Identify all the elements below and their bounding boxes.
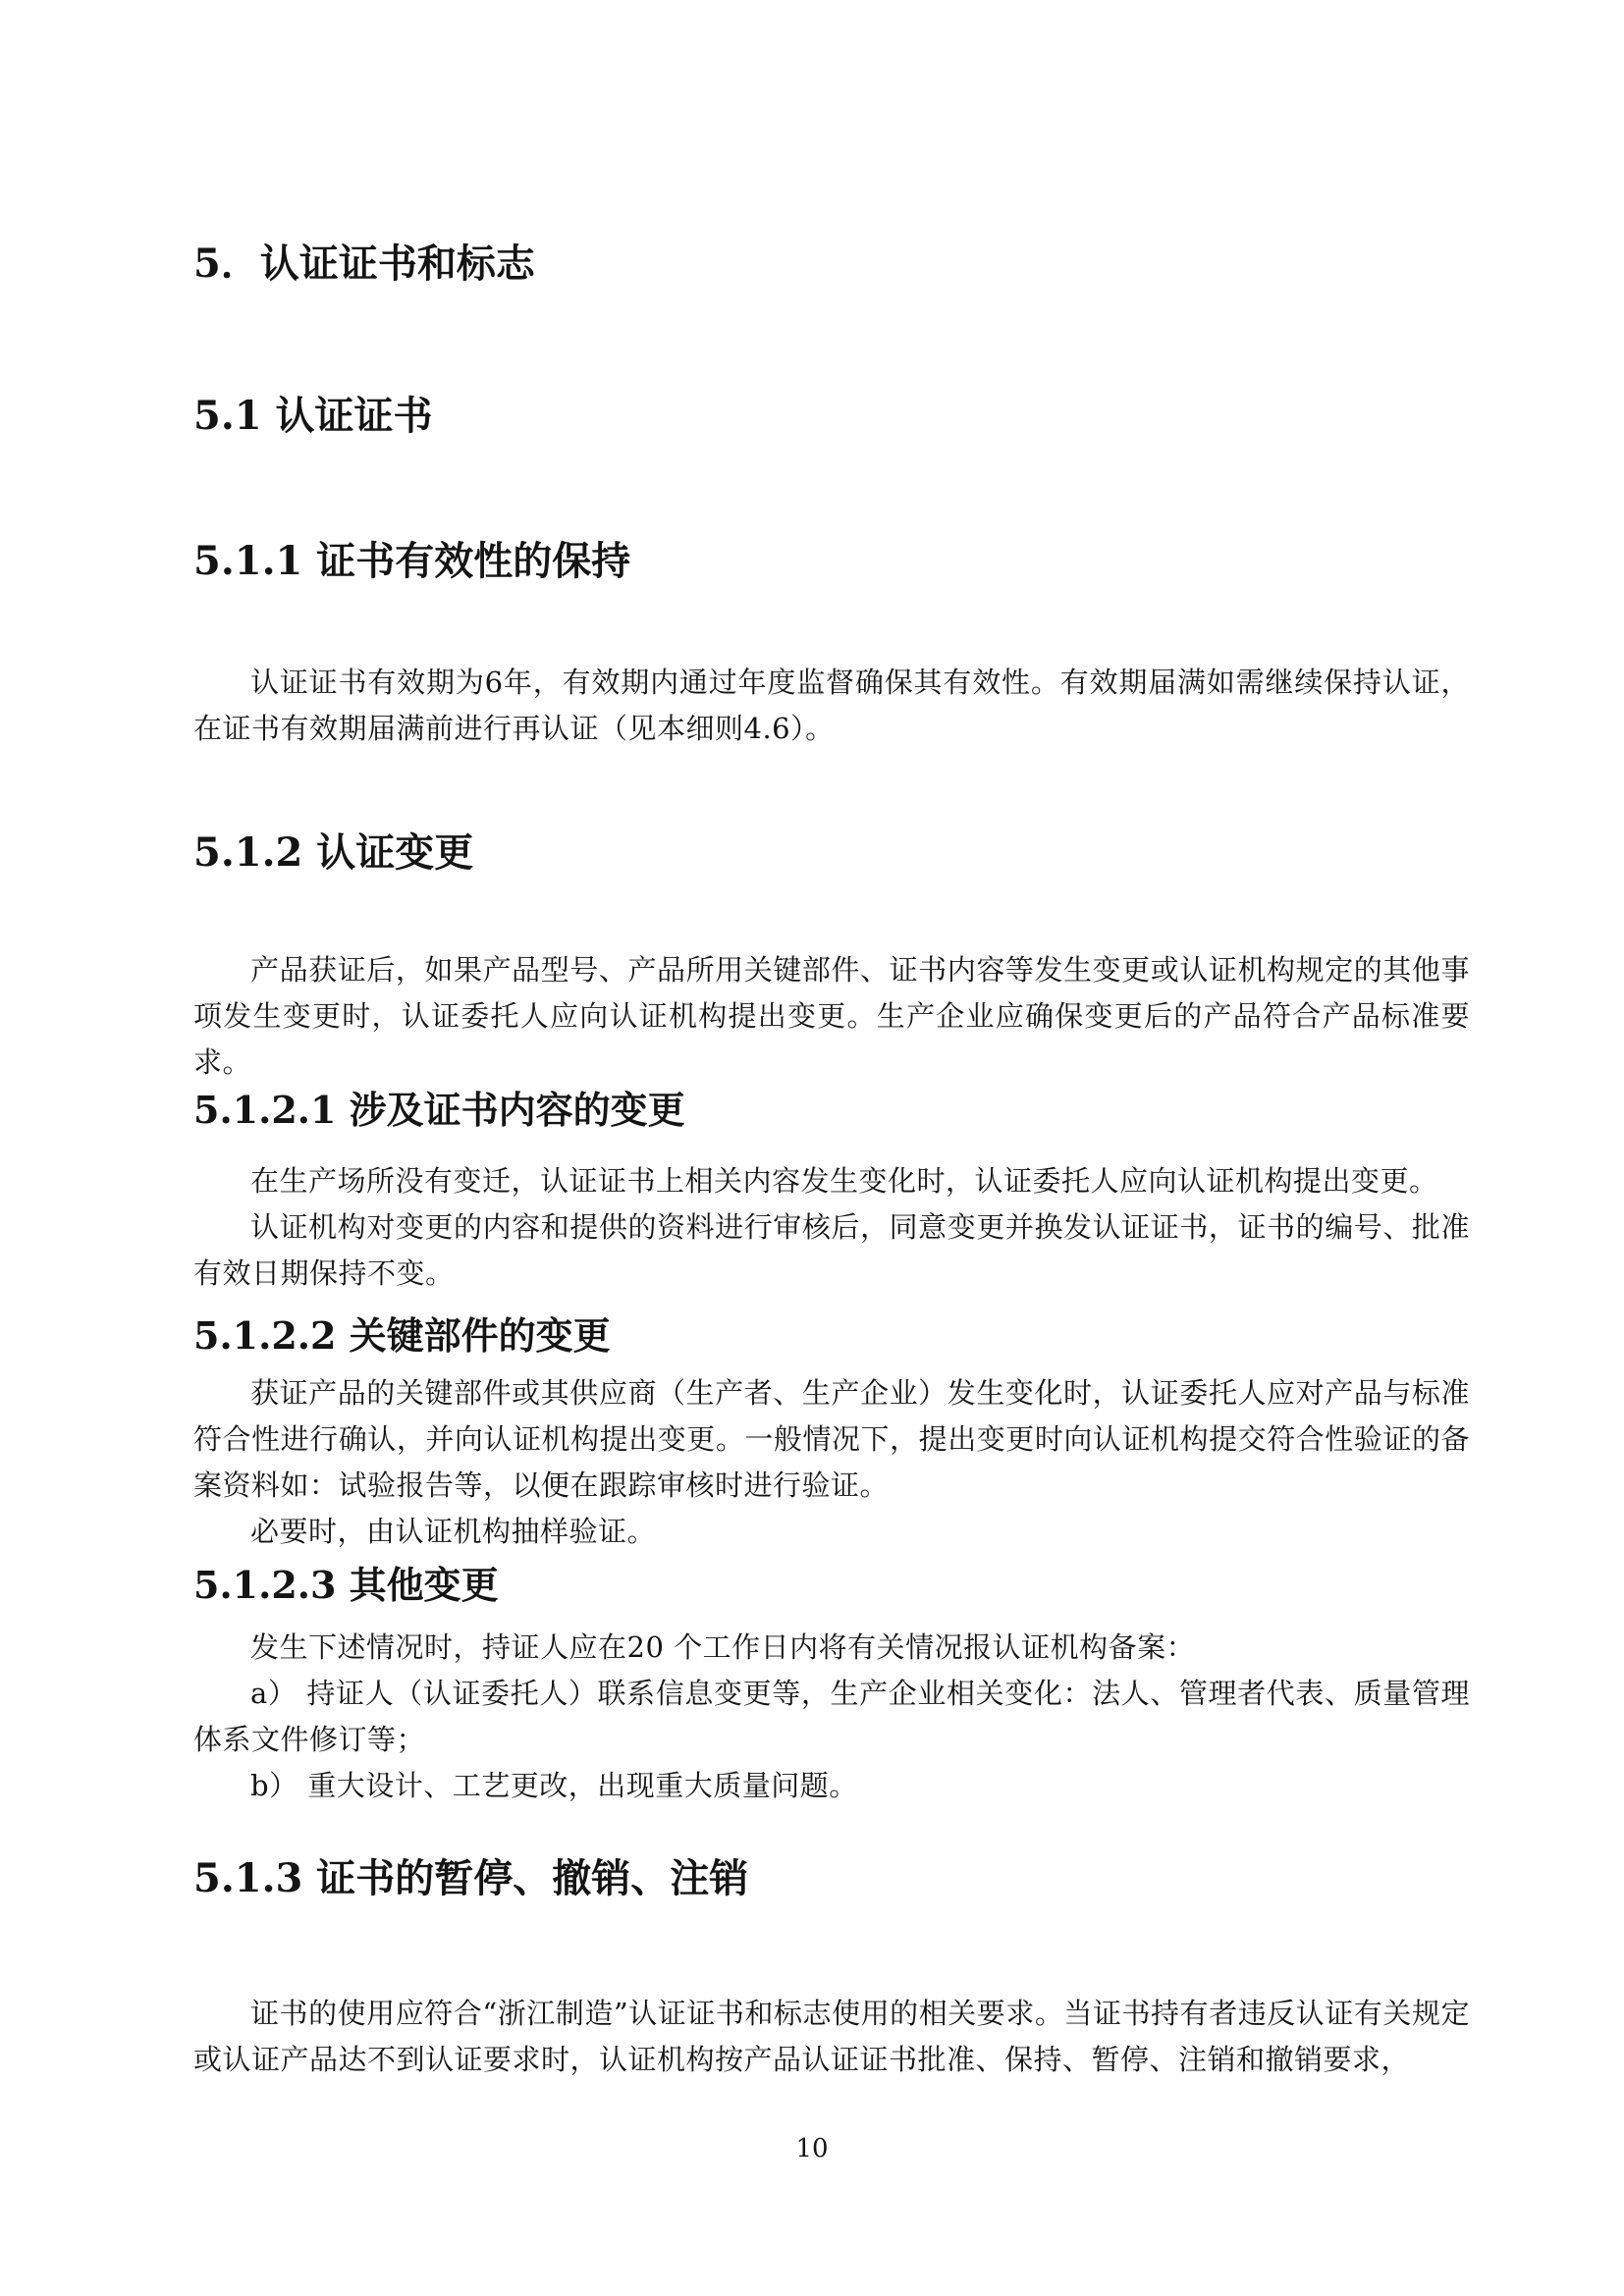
paragraph-certificate-content-change-1: 在生产场所没有变迁，认证证书上相关内容发生变化时，认证委托人应向认证机构提出变更… <box>193 1158 1470 1204</box>
heading-section-5-1-3: 5.1.3 证书的暂停、撤销、注销 <box>193 1855 1470 1902</box>
heading-section-5-1: 5.1 认证证书 <box>193 393 1470 440</box>
heading-section-5-1-2: 5.1.2 认证变更 <box>193 829 1470 877</box>
paragraph-certificate-suspension: 证书的使用应符合“浙江制造”认证证书和标志使用的相关要求。当证书持有者违反认证有… <box>193 1991 1470 2083</box>
paragraph-key-component-change-2: 必要时，由认证机构抽样验证。 <box>193 1509 1470 1555</box>
paragraph-certificate-validity: 认证证书有效期为6年，有效期内通过年度监督确保其有效性。有效期届满如需继续保持认… <box>193 660 1470 752</box>
heading-section-5-1-1: 5.1.1 证书有效性的保持 <box>193 538 1470 585</box>
paragraph-other-change-item-a: a） 持证人（认证委托人）联系信息变更等，生产企业相关变化：法人、管理者代表、质… <box>193 1671 1470 1763</box>
heading-section-5: 5．认证证书和标志 <box>193 240 1470 288</box>
paragraph-other-change-intro: 发生下述情况时，持证人应在20 个工作日内将有关情况报认证机构备案： <box>193 1625 1470 1671</box>
paragraph-key-component-change-1: 获证产品的关键部件或其供应商（生产者、生产企业）发生变化时，认证委托人应对产品与… <box>193 1370 1470 1509</box>
page-number: 10 <box>0 2132 1624 2165</box>
heading-section-5-1-2-2: 5.1.2.2 关键部件的变更 <box>193 1313 1470 1359</box>
paragraph-other-change-item-b: b） 重大设计、工艺更改，出现重大质量问题。 <box>193 1763 1470 1809</box>
document-page: 5．认证证书和标志 5.1 认证证书 5.1.1 证书有效性的保持 认证证书有效… <box>0 0 1624 2296</box>
paragraph-certificate-content-change-2: 认证机构对变更的内容和提供的资料进行审核后，同意变更并换发认证证书，证书的编号、… <box>193 1204 1470 1297</box>
heading-section-5-1-2-1: 5.1.2.1 涉及证书内容的变更 <box>193 1088 1470 1133</box>
heading-section-5-1-2-3: 5.1.2.3 其他变更 <box>193 1563 1470 1608</box>
paragraph-certification-change: 产品获证后，如果产品型号、产品所用关键部件、证书内容等发生变更或认证机构规定的其… <box>193 947 1470 1086</box>
